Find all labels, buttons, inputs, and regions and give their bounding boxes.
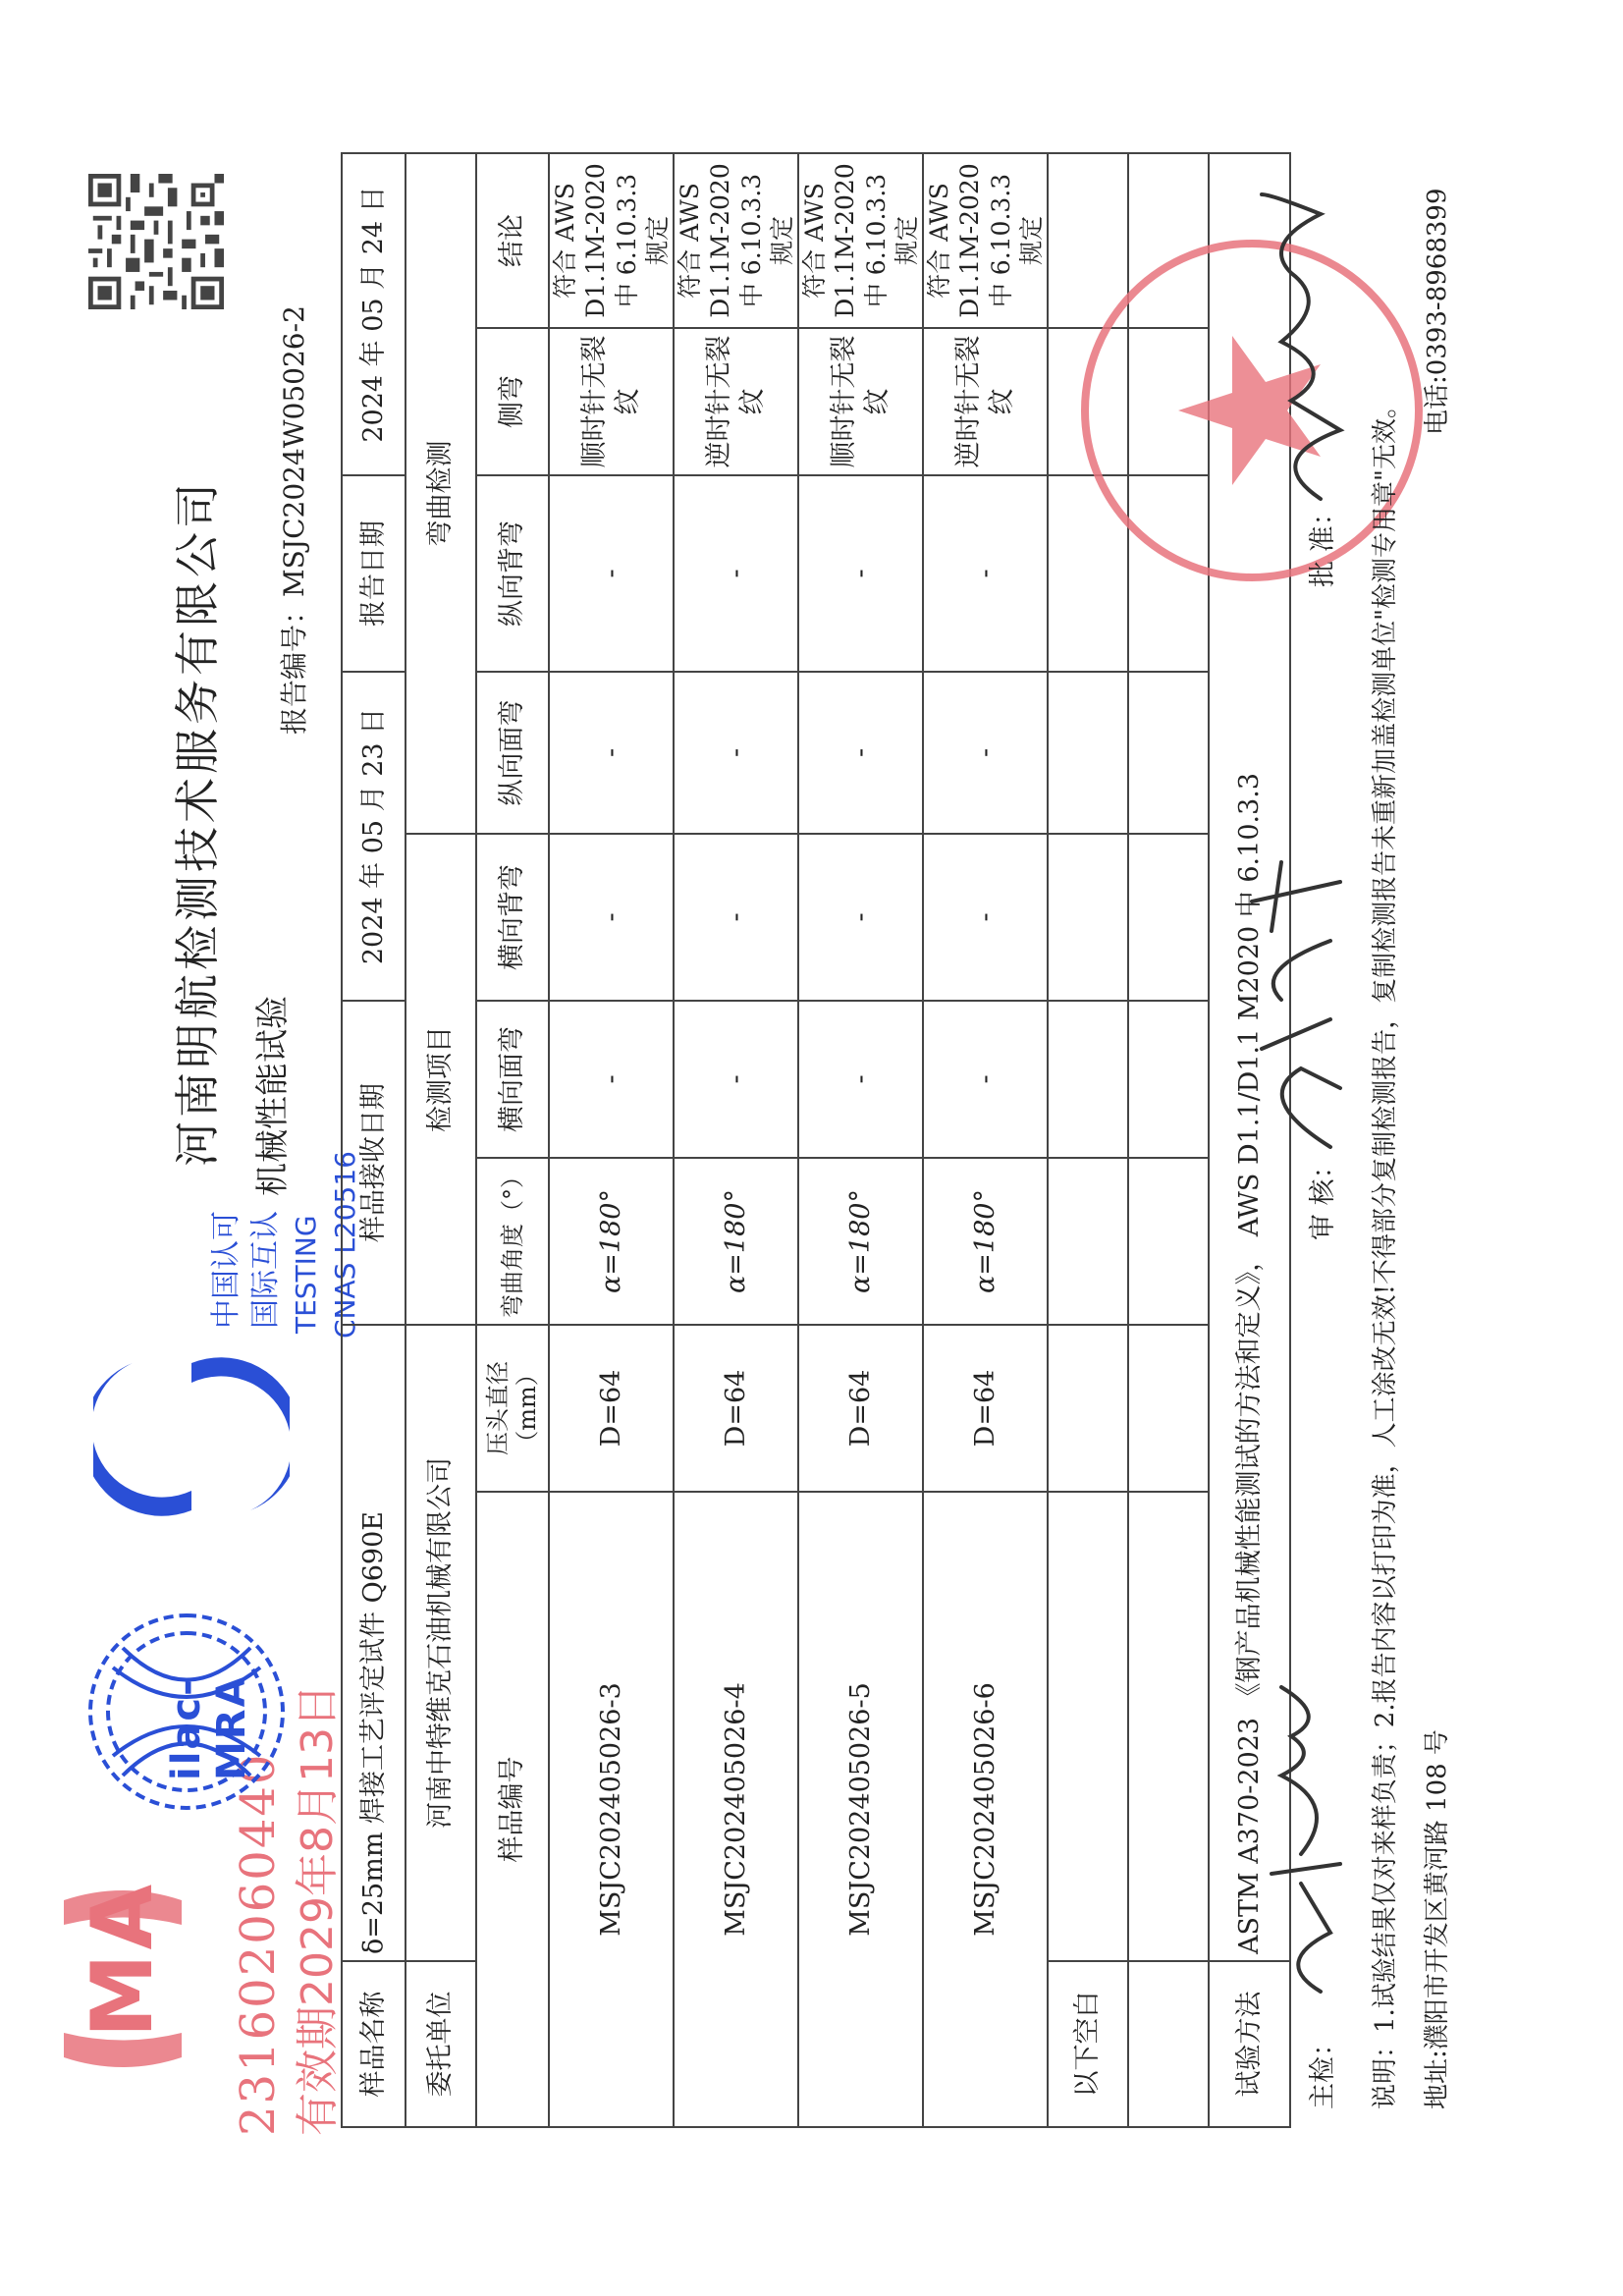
column-header-row: 样品编号 压头直径（mm） 弯曲角度（°） 横向面弯 横向背弯 纵向面弯 纵向背… [476, 153, 549, 2127]
col-diameter: 压头直径（mm） [476, 1325, 549, 1492]
info-row-1: 样品名称 δ=25mm 焊接工艺评定试件 Q690E 样品接收日期 2024 年… [342, 153, 406, 2127]
long-face: - [798, 672, 923, 834]
long-face: - [674, 672, 798, 834]
diameter: D=64 [549, 1325, 674, 1492]
client-value: 河南中特维克石油机械有限公司 [406, 1325, 476, 1961]
trans-root: - [549, 834, 674, 1001]
table-row: MSJC202405026-3 D=64 α=180° - - - - 顺时针无… [549, 153, 674, 2127]
sample-id: MSJC202405026-6 [923, 1492, 1048, 2127]
ilac-text: ilac-MRA [164, 1609, 254, 1780]
receive-date-label: 样品接收日期 [342, 1001, 406, 1325]
long-face: - [923, 672, 1048, 834]
reviewer-signature [1242, 833, 1350, 1157]
col-side: 侧弯 [476, 328, 549, 475]
trans-face: - [674, 1001, 798, 1158]
sample-id: MSJC202405026-4 [674, 1492, 798, 2127]
side-bend: 逆时针无裂纹 [923, 328, 1048, 475]
cma-stamp: MA 231602060440 有效期2029年8月13日 [54, 1812, 290, 2136]
conclusion: 符合 AWS D1.1M-2020 中 6.10.3.3 规定 [549, 153, 674, 328]
report-sheet: 报告编号：MSJC2024W05026-2 MA 231602060440 有效… [0, 0, 1623, 2296]
blank-label: 以下空白 [1048, 1961, 1128, 2127]
table-row: MSJC202405026-5 D=64 α=180° - - - - 顺时针无… [798, 153, 923, 2127]
cma-validity: 有效期2029年8月13日 [282, 1684, 345, 2136]
sample-name-label: 样品名称 [342, 1961, 406, 2127]
trans-face: - [549, 1001, 674, 1158]
col-trans-root: 横向背弯 [476, 834, 549, 1001]
cnas-accredited: 中国认可 [201, 1211, 244, 1329]
long-root: - [674, 475, 798, 672]
report-date-value: 2024 年 05 月 24 日 [342, 153, 406, 475]
report-date-label: 报告日期 [342, 475, 406, 672]
receive-date-value: 2024 年 05 月 23 日 [342, 672, 406, 1001]
trans-root: - [798, 834, 923, 1001]
reviewer-label: 审 核： [1301, 1152, 1339, 1240]
side-bend: 顺时针无裂纹 [798, 328, 923, 475]
phone: 电话:0393-8968399 [1417, 188, 1453, 435]
report-number-label: 报告编号： [278, 597, 310, 735]
test-item-value: 弯曲检测 [406, 153, 476, 834]
diameter: D=64 [923, 1325, 1048, 1492]
inspector-signature [1262, 1677, 1350, 2001]
angle: α=180° [798, 1158, 923, 1325]
long-root: - [549, 475, 674, 672]
col-angle: 弯曲角度（°） [476, 1158, 549, 1325]
cnas-emblem-icon [93, 1334, 290, 1540]
long-root: - [923, 475, 1048, 672]
report-type: 机械性能试验 [245, 996, 294, 1196]
test-item-label: 检测项目 [406, 834, 476, 1325]
long-root: - [798, 475, 923, 672]
angle: α=180° [549, 1158, 674, 1325]
inspector-label: 主检： [1301, 2030, 1339, 2109]
cnas-logo: 中国认可 国际互认 TESTING CNAS L20516 [93, 1285, 290, 1540]
conclusion: 符合 AWS D1.1M-2020 中 6.10.3.3 规定 [923, 153, 1048, 328]
col-long-root: 纵向背弯 [476, 475, 549, 672]
disclaimer-note: 说明：1.试验结果仅对来样负责；2.报告内容以打印为准，人工涂改无效!不得部分复… [1365, 393, 1401, 2109]
table-row: MSJC202405026-4 D=64 α=180° - - - - 逆时针无… [674, 153, 798, 2127]
cnas-testing: TESTING [290, 1215, 322, 1334]
info-row-2: 委托单位 河南中特维克石油机械有限公司 检测项目 弯曲检测 [406, 153, 476, 2127]
col-trans-face: 横向面弯 [476, 1001, 549, 1158]
address: 地址:濮阳市开发区黄河路 108 号 [1417, 1729, 1453, 2109]
col-sample-id: 样品编号 [476, 1492, 549, 2127]
trans-face: - [923, 1001, 1048, 1158]
sample-id: MSJC202405026-3 [549, 1492, 674, 2127]
angle: α=180° [923, 1158, 1048, 1325]
sample-id: MSJC202405026-5 [798, 1492, 923, 2127]
col-long-face: 纵向面弯 [476, 672, 549, 834]
conclusion: 符合 AWS D1.1M-2020 中 6.10.3.3 规定 [798, 153, 923, 328]
col-conclusion: 结论 [476, 153, 549, 328]
sample-name-value: δ=25mm 焊接工艺评定试件 Q690E [342, 1325, 406, 1961]
approver-signature [1252, 185, 1360, 509]
trans-face: - [798, 1001, 923, 1158]
diameter: D=64 [674, 1325, 798, 1492]
cnas-mutual: 国际互认 [241, 1211, 284, 1329]
company-title: 河南明航检测技术服务有限公司 [162, 479, 227, 1167]
report-number-value: MSJC2024W05026-2 [278, 305, 310, 597]
report-number: 报告编号：MSJC2024W05026-2 [273, 305, 312, 735]
angle: α=180° [674, 1158, 798, 1325]
long-face: - [549, 672, 674, 834]
client-label: 委托单位 [406, 1961, 476, 2127]
diameter: D=64 [798, 1325, 923, 1492]
trans-root: - [923, 834, 1048, 1001]
ilac-mra-logo: ilac-MRA [83, 1609, 290, 1815]
cma-mark: MA [74, 1881, 172, 2038]
conclusion: 符合 AWS D1.1M-2020 中 6.10.3.3 规定 [674, 153, 798, 328]
side-bend: 逆时针无裂纹 [674, 328, 798, 475]
trans-root: - [674, 834, 798, 1001]
qr-code-icon [88, 174, 224, 309]
approver-label: 批 准： [1301, 499, 1339, 587]
table-row: MSJC202405026-6 D=64 α=180° - - - - 逆时针无… [923, 153, 1048, 2127]
side-bend: 顺时针无裂纹 [549, 328, 674, 475]
